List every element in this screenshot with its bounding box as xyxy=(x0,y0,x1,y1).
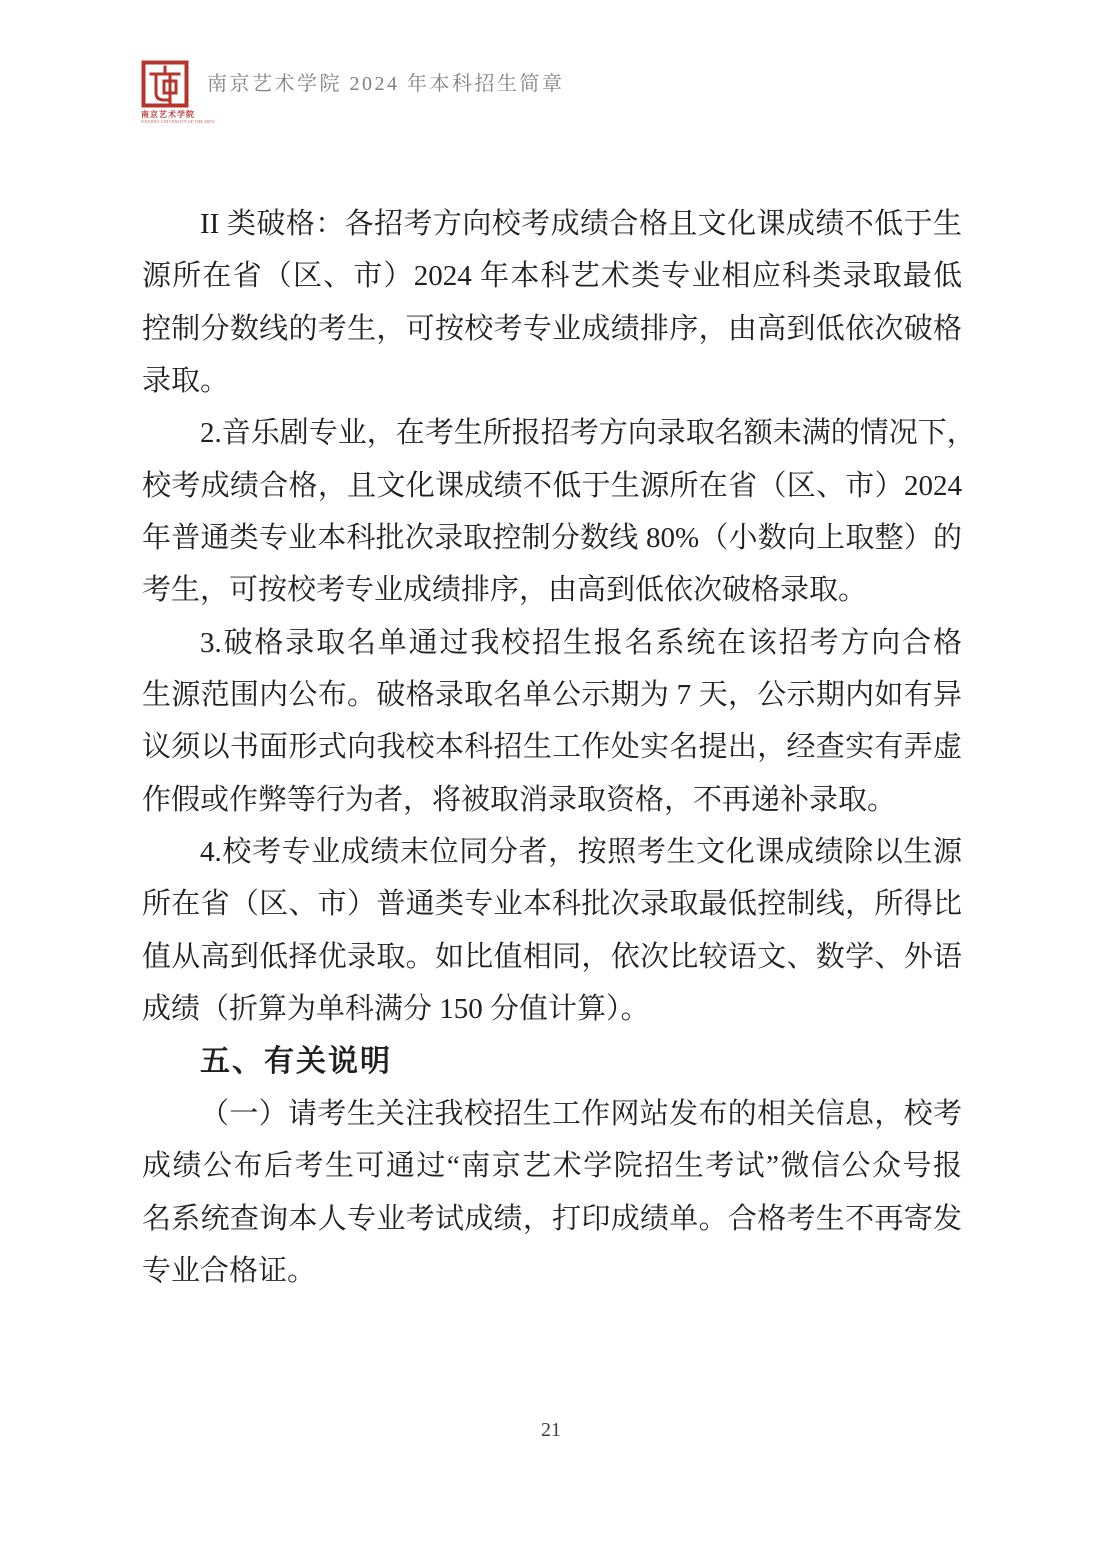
text-line: 生源范围内公布。破格录取名单公示期为 7 天，公示期内如有异 xyxy=(142,669,962,721)
page-header: 南京艺术学院 NANJING UNIVERSITY OF THE ARTS 南京… xyxy=(141,60,565,124)
document-page: 南京艺术学院 NANJING UNIVERSITY OF THE ARTS 南京… xyxy=(0,0,1102,1559)
logo-caption: 南京艺术学院 xyxy=(141,110,195,119)
school-seal-icon xyxy=(141,60,189,108)
text-line: 校考成绩合格，且文化课成绩不低于生源所在省（区、市）2024 xyxy=(142,460,962,512)
text-line: 专业合格证。 xyxy=(142,1245,962,1297)
text-line: 议须以书面形式向我校本科招生工作处实名提出，经查实有弄虚 xyxy=(142,721,962,773)
text-line: 值从高到低择优录取。如比值相同，依次比较语文、数学、外语 xyxy=(142,931,962,983)
text-line: 名系统查询本人专业考试成绩，打印成绩单。合格考生不再寄发 xyxy=(142,1193,962,1245)
section-heading: 五、有关说明 xyxy=(142,1036,962,1088)
text-line: 五、有关说明 xyxy=(142,1036,962,1088)
document-header-title: 南京艺术学院 2024 年本科招生简章 xyxy=(207,60,565,108)
logo-caption-subtext: NANJING UNIVERSITY OF THE ARTS xyxy=(141,119,215,124)
text-line: 4.校考专业成绩末位同分者，按照考生文化课成绩除以生源 xyxy=(142,826,962,878)
text-line: 录取。 xyxy=(142,355,962,407)
paragraph: （一）请考生关注我校招生工作网站发布的相关信息，校考成绩公布后考生可通过“南京艺… xyxy=(142,1088,962,1297)
text-line: 成绩公布后考生可通过“南京艺术学院招生考试”微信公众号报 xyxy=(142,1140,962,1192)
school-logo: 南京艺术学院 NANJING UNIVERSITY OF THE ARTS xyxy=(141,60,197,124)
text-line: 所在省（区、市）普通类专业本科批次录取最低控制线，所得比 xyxy=(142,878,962,930)
paragraph: II 类破格：各招考方向校考成绩合格且文化课成绩不低于生源所在省（区、市）202… xyxy=(142,198,962,407)
text-line: 2.音乐剧专业，在考生所报招考方向录取名额未满的情况下， xyxy=(142,407,962,459)
text-line: 考生，可按校考专业成绩排序，由高到低依次破格录取。 xyxy=(142,564,962,616)
paragraph: 3.破格录取名单通过我校招生报名系统在该招考方向合格生源范围内公布。破格录取名单… xyxy=(142,617,962,826)
text-line: 控制分数线的考生，可按校考专业成绩排序，由高到低依次破格 xyxy=(142,303,962,355)
text-line: （一）请考生关注我校招生工作网站发布的相关信息，校考 xyxy=(142,1088,962,1140)
text-line: 源所在省（区、市）2024 年本科艺术类专业相应科类录取最低 xyxy=(142,250,962,302)
paragraph: 4.校考专业成绩末位同分者，按照考生文化课成绩除以生源所在省（区、市）普通类专业… xyxy=(142,826,962,1035)
paragraph: 2.音乐剧专业，在考生所报招考方向录取名额未满的情况下，校考成绩合格，且文化课成… xyxy=(142,407,962,616)
document-body: II 类破格：各招考方向校考成绩合格且文化课成绩不低于生源所在省（区、市）202… xyxy=(142,198,962,1297)
text-line: 成绩（折算为单科满分 150 分值计算）。 xyxy=(142,983,962,1035)
text-line: 作假或作弊等行为者，将被取消录取资格，不再递补录取。 xyxy=(142,774,962,826)
text-line: 3.破格录取名单通过我校招生报名系统在该招考方向合格 xyxy=(142,617,962,669)
page-number: 21 xyxy=(0,1416,1102,1444)
text-line: II 类破格：各招考方向校考成绩合格且文化课成绩不低于生 xyxy=(142,198,962,250)
text-line: 年普通类专业本科批次录取控制分数线 80%（小数向上取整）的 xyxy=(142,512,962,564)
